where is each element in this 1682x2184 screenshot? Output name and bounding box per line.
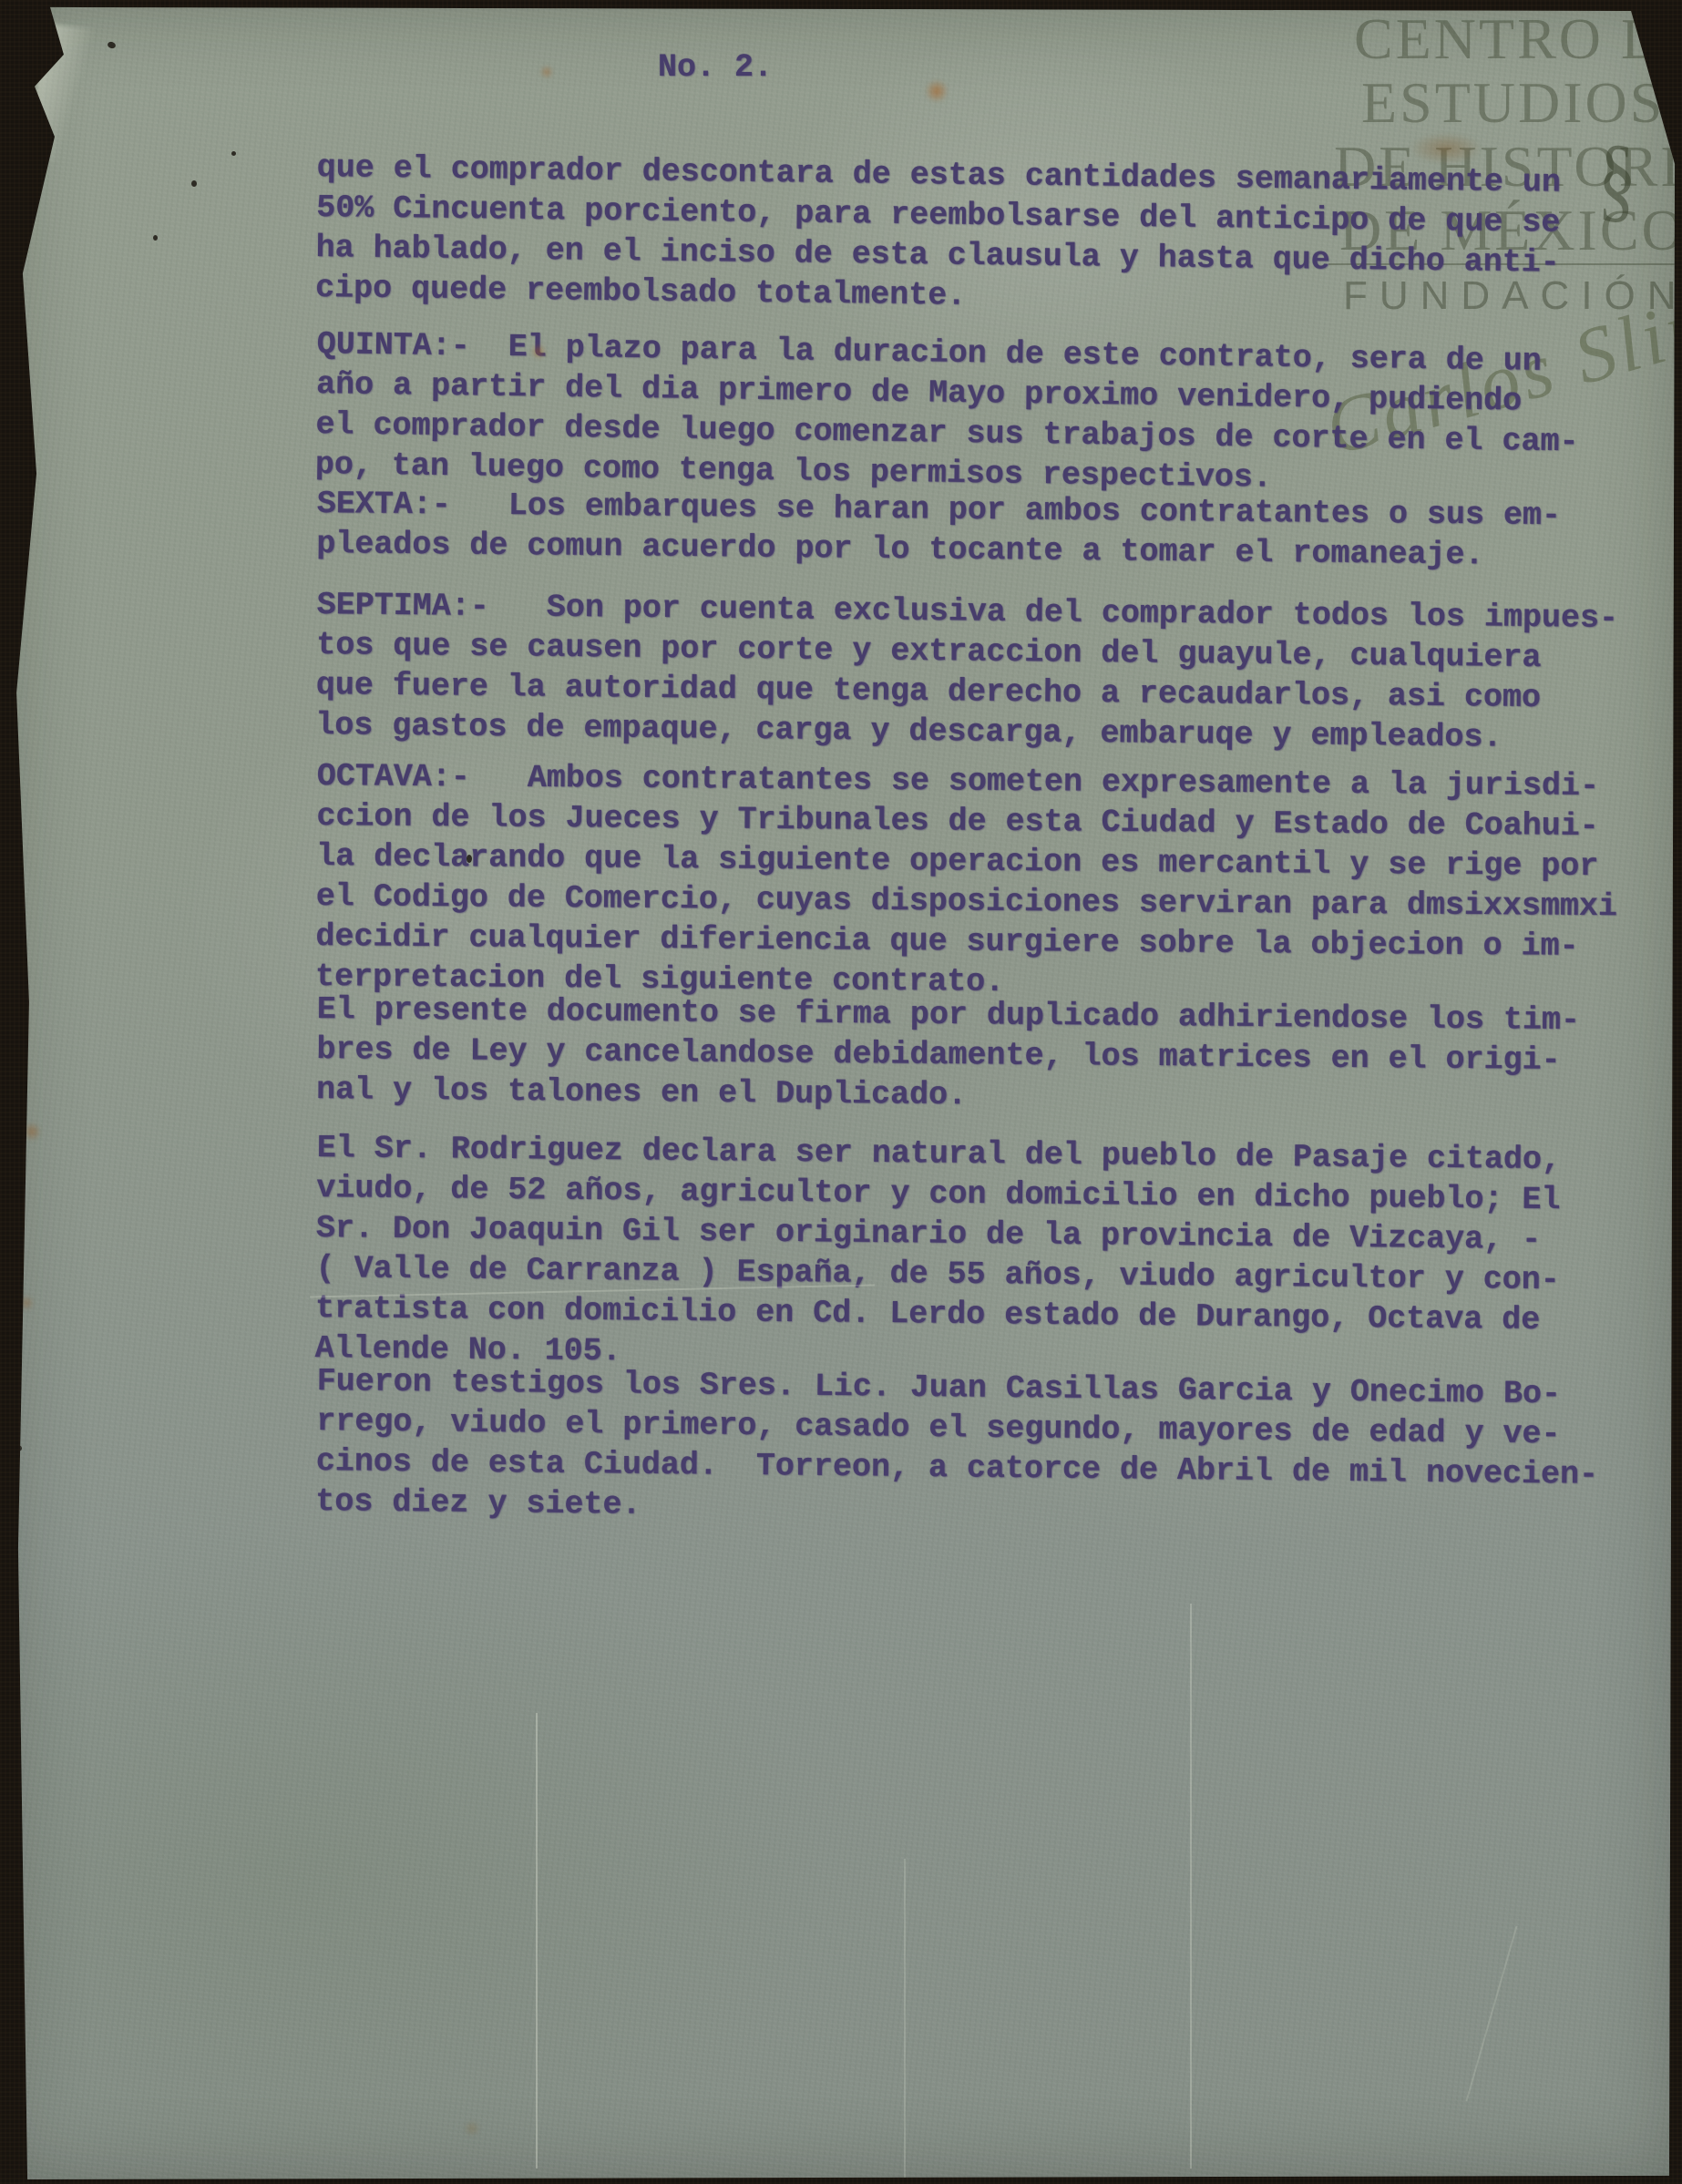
foxing-spot (463, 2121, 481, 2136)
paragraph-presente: El presente documento se firma por dupli… (316, 989, 1682, 1122)
foxing-spot (18, 1296, 35, 1310)
ink-speck (231, 151, 236, 156)
paragraph-testigos: Fueron testigos los Sres. Lic. Juan Casi… (315, 1361, 1682, 1536)
ink-speck (191, 180, 197, 187)
scratch-line (904, 1859, 906, 2178)
scan-backdrop: CENTRO DE ESTUDIOS DE HISTORIA DE MÉXICO… (0, 0, 1682, 2184)
paragraph-quinta: QUINTA:- El plazo para la duracion de es… (315, 324, 1682, 504)
ink-speck (153, 235, 158, 241)
foxing-spot (530, 344, 547, 359)
page-number: No. 2. (658, 47, 773, 87)
typewritten-text: No. 2. que el comprador descontara de es… (0, 0, 1682, 2184)
paragraph-anticipo: que el comprador descontara de estas can… (315, 148, 1682, 324)
paragraph-octava: OCTAVA:- Ambos contratantes se someten e… (315, 756, 1682, 1008)
scratch-line (536, 1713, 538, 2169)
foxing-spot (924, 80, 949, 102)
document-page: CENTRO DE ESTUDIOS DE HISTORIA DE MÉXICO… (0, 0, 1682, 2184)
paragraph-septima: SEPTIMA:- Son por cuenta exclusiva del c… (315, 585, 1682, 760)
foxing-spot (539, 66, 554, 78)
ink-speck (467, 855, 472, 863)
foxing-spot (22, 1123, 42, 1141)
scratch-line (1190, 1604, 1192, 2169)
ink-speck (15, 1445, 22, 1451)
foxing-spot (1410, 133, 1482, 164)
paragraph-rodriguez: El Sr. Rodriguez declara ser natural del… (314, 1128, 1682, 1381)
paragraph-sexta: SEXTA:- Los embarques se haran por ambos… (316, 484, 1682, 577)
